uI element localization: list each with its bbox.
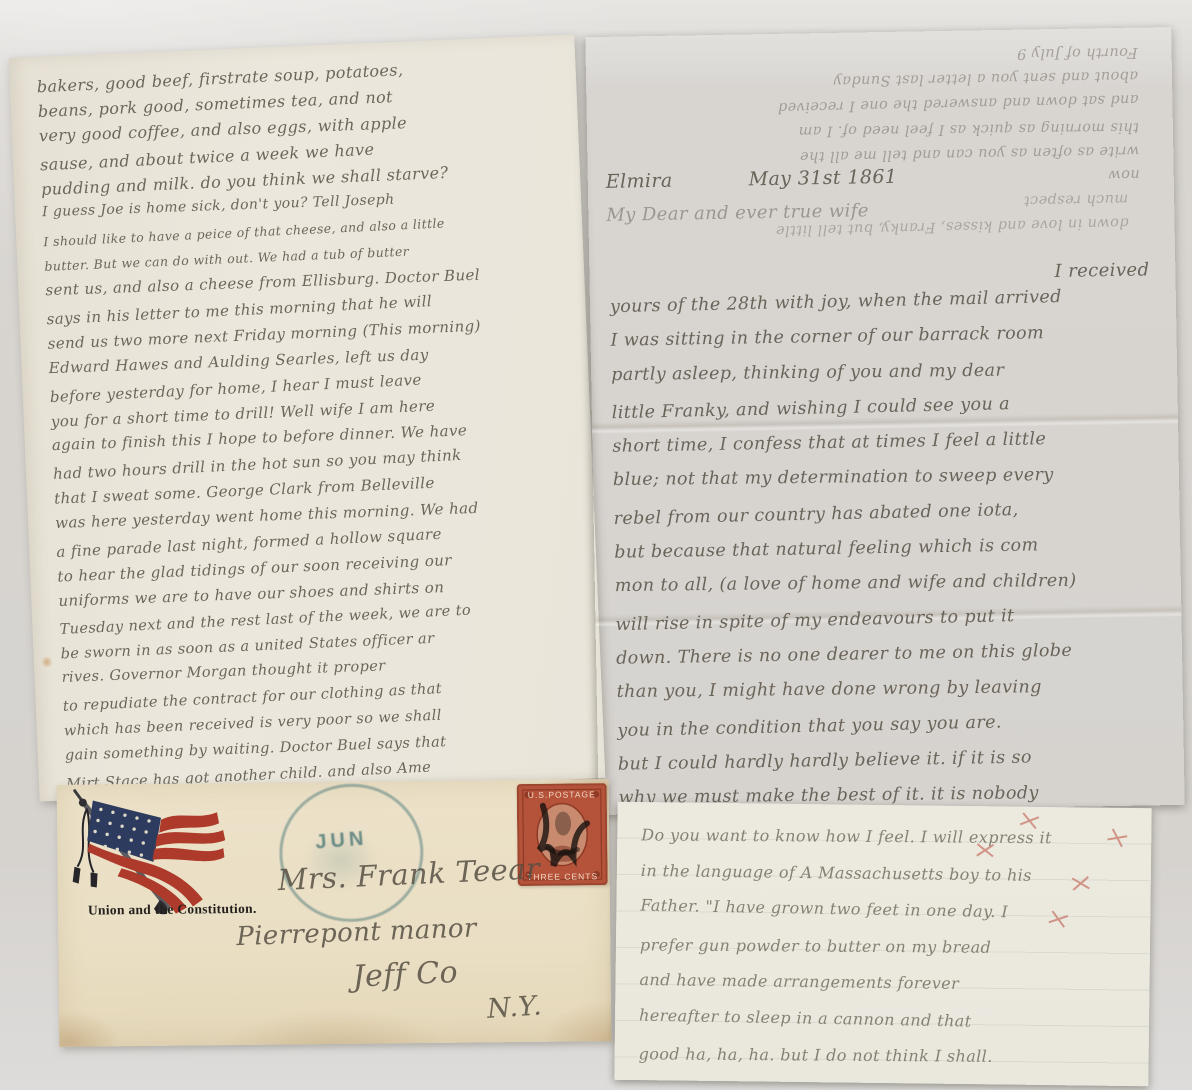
address-recipient: Mrs. Frank Teear (277, 851, 541, 897)
handwritten-line: prefer gun powder to butter on my bread (640, 927, 1140, 967)
envelope-address: Mrs. Frank Teear Pierrepont manor Jeff C… (57, 779, 612, 1047)
left-page-text: bakers, good beef, firstrate soup, potat… (36, 51, 596, 797)
handwritten-line: hereafter to sleep in a cannon and that (639, 997, 1140, 1043)
age-spot (42, 655, 53, 669)
dateline-date: May 31st 1861 (748, 166, 897, 191)
handwritten-line: Do you want to know how I feel. I will e… (641, 817, 1141, 857)
red-pencil-mark (1068, 874, 1094, 893)
envelope: Union and the Constitution. JUN U.S.POST… (57, 779, 612, 1047)
address-state: N.Y. (486, 990, 543, 1024)
address-county: Jeff Co (352, 955, 459, 995)
photo-background: bakers, good beef, firstrate soup, potat… (0, 0, 1192, 1090)
address-town: Pierrepont manor (236, 913, 478, 952)
dateline-place: Elmira (606, 170, 673, 193)
right-page-text: yours of the 28th with joy, when the mai… (610, 279, 1167, 818)
red-pencil-mark (973, 842, 997, 858)
note-page: Do you want to know how I feel. I will e… (614, 802, 1151, 1087)
letter-page-left: bakers, good beef, firstrate soup, potat… (9, 34, 606, 801)
handwritten-line: good ha, ha, ha. but I do not think I sh… (639, 1036, 1139, 1076)
letter-page-right: nowwrite as often as you can and tell me… (585, 27, 1184, 815)
note-page-text: Do you want to know how I feel. I will e… (638, 816, 1141, 1078)
